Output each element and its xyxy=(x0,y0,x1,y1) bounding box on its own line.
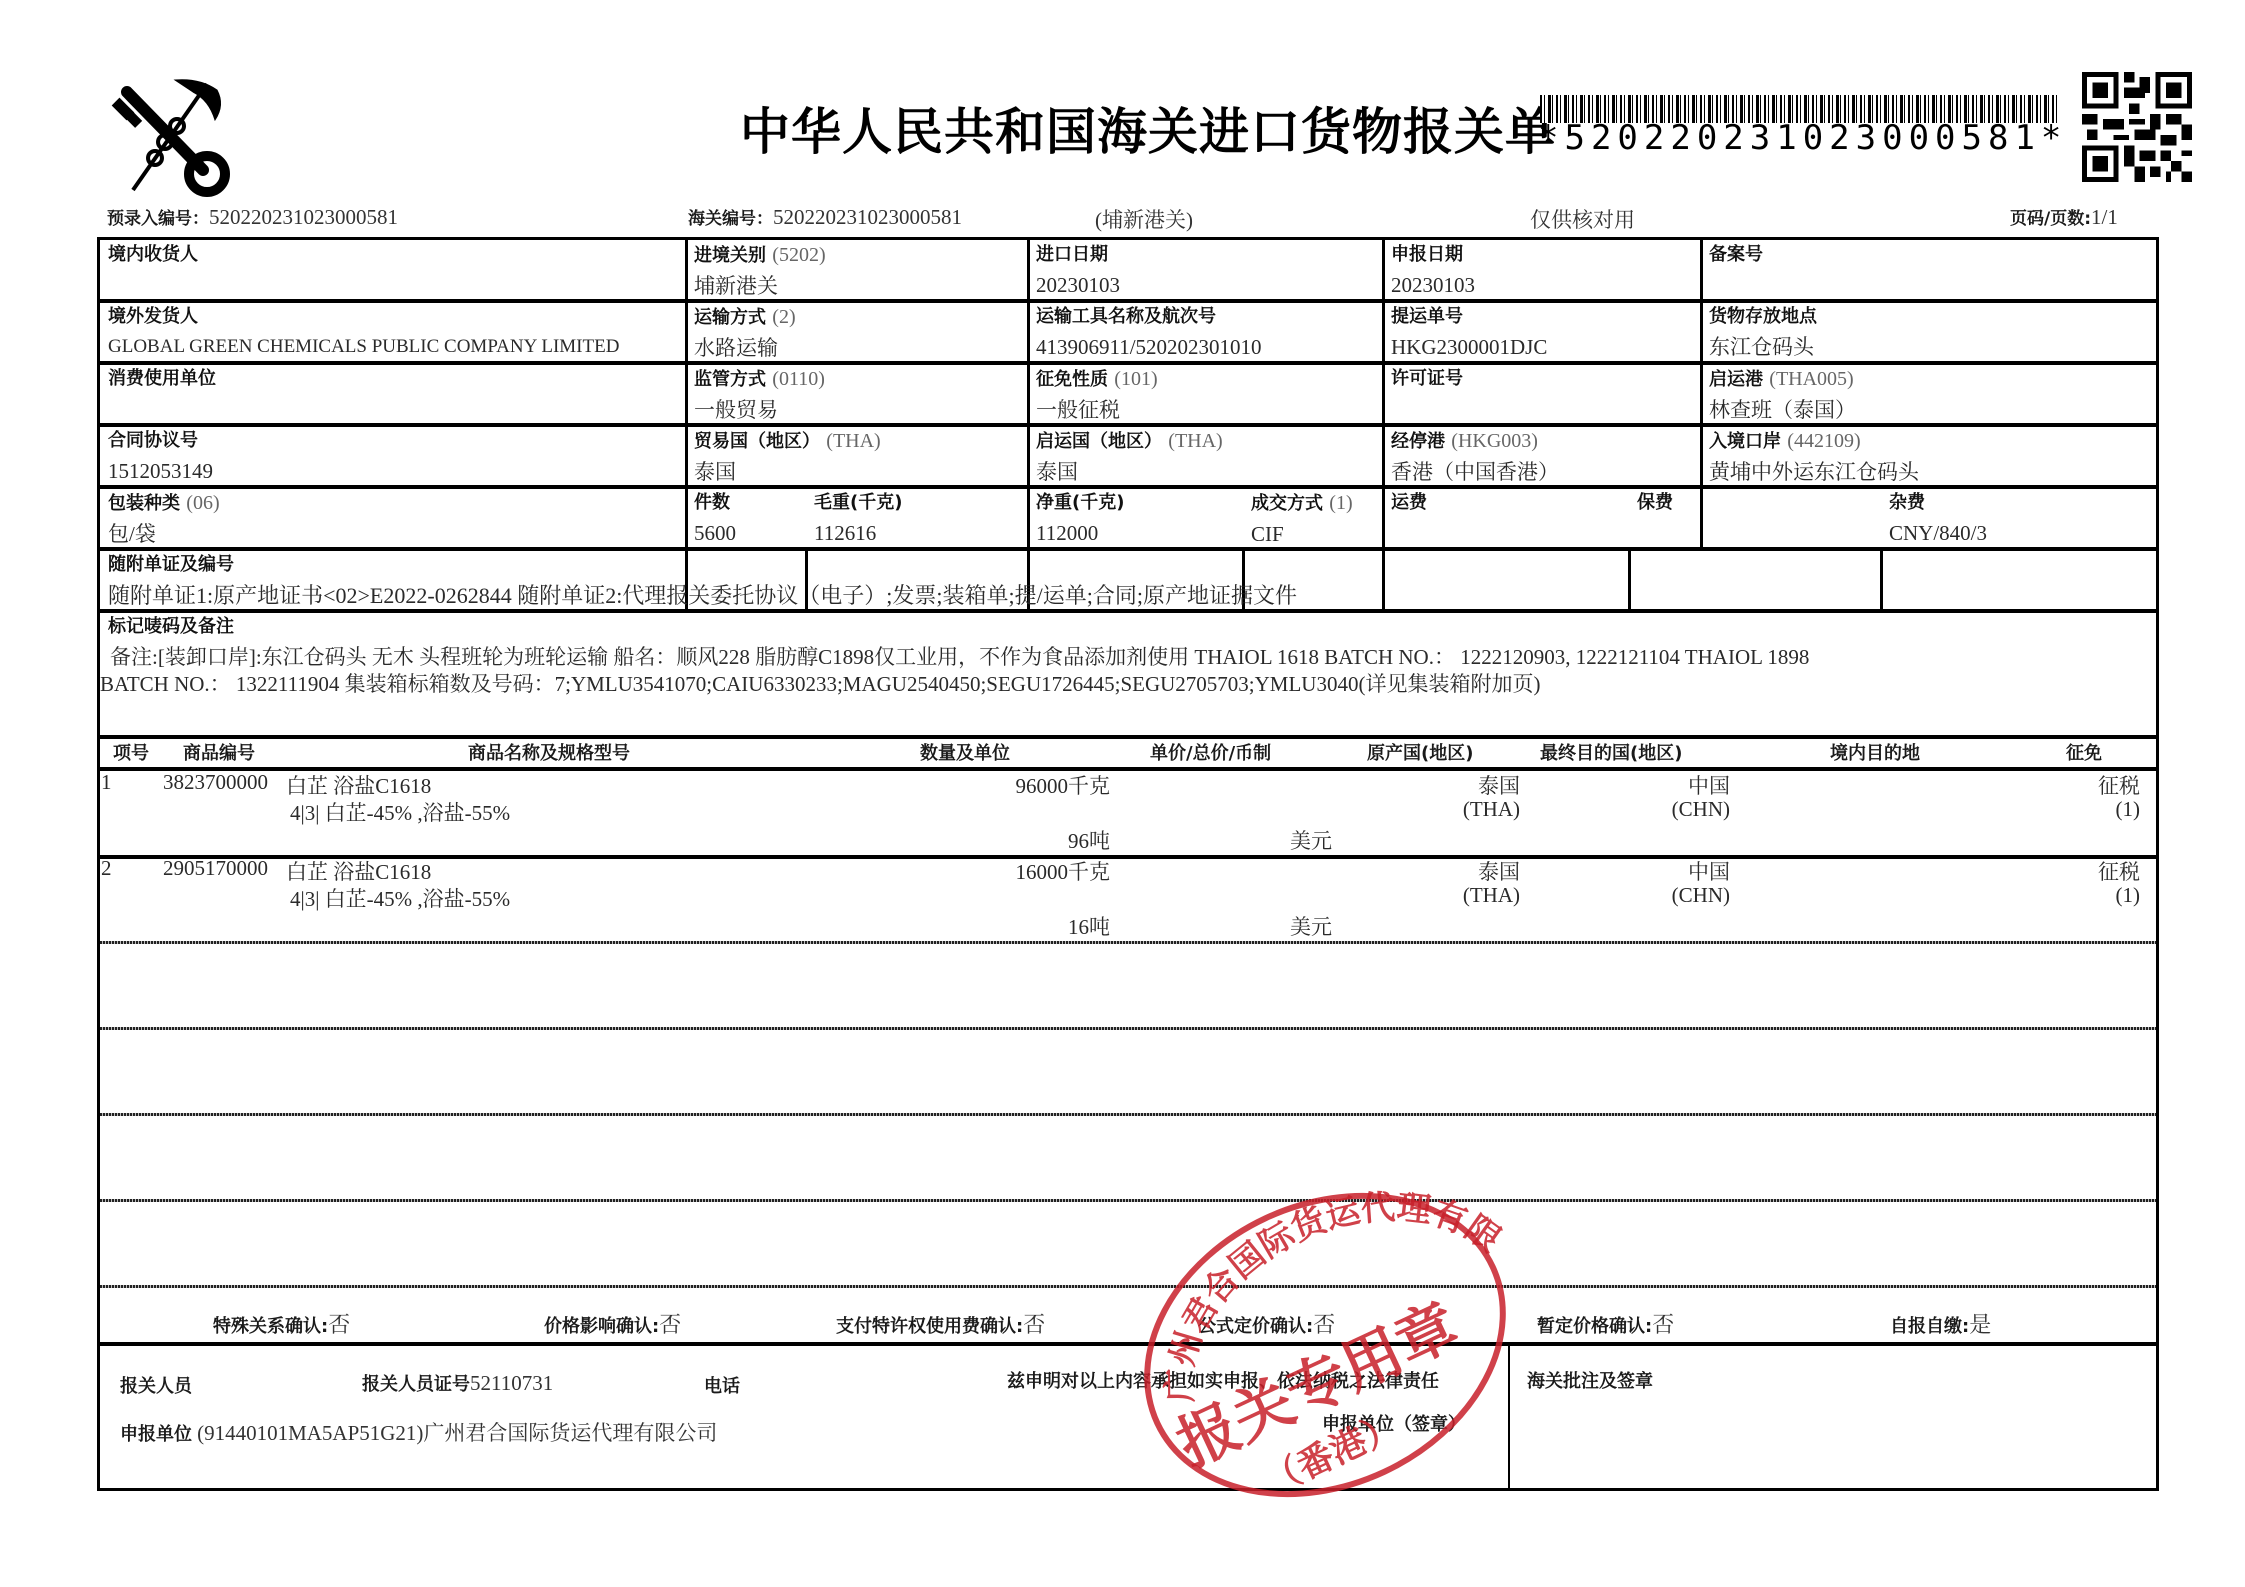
product-name: 白芷 浴盐C1618 xyxy=(286,770,431,800)
customs-office: (埔新港关) xyxy=(1095,204,1193,234)
confirm-self-declaration: 自报自缴:是 xyxy=(1890,1308,1991,1339)
verification-notice: 仅供核对用 xyxy=(1530,204,1635,234)
field-transit-port: 经停港 (HKG003) 香港（中国香港） xyxy=(1391,428,1559,487)
quantity-secondary: 96吨 xyxy=(940,825,1110,855)
field-license-no: 许可证号 xyxy=(1391,366,1463,394)
hs-code: 3823700000 xyxy=(163,770,268,795)
currency: 美元 xyxy=(1290,825,1332,855)
product-spec: 4|3| 白芷-45% ,浴盐-55% xyxy=(290,883,510,913)
field-gross-weight: 毛重(千克) 112616 xyxy=(814,490,902,548)
field-freight: 运费 xyxy=(1391,490,1427,518)
customs-number-label: 海关编号： xyxy=(688,209,773,229)
levy-method: 征税 xyxy=(2060,856,2140,886)
qr-code-icon xyxy=(2082,72,2192,182)
confirm-special-relationship: 特殊关系确认:否 xyxy=(213,1308,350,1339)
field-vessel-voyage: 运输工具名称及航次号 413906911/520202301010 xyxy=(1036,304,1262,362)
remarks-line-2: BATCH NO.： 1322111904 集装箱标箱数及号码：7;YMLU35… xyxy=(100,670,1540,698)
field-entry-port: 入境口岸 (442109) 黄埔中外运东江仓码头 xyxy=(1709,428,1919,487)
phone: 电话 xyxy=(704,1372,740,1398)
product-name: 白芷 浴盐C1618 xyxy=(286,856,431,886)
destination-code: (CHN) xyxy=(1640,883,1730,908)
customs-approval: 海关批注及签章 xyxy=(1527,1367,1653,1393)
barcode-text: *520220231023000581* xyxy=(1538,118,2067,158)
col-origin: 原产国(地区) xyxy=(1367,739,1473,765)
confirm-formula-pricing: 公式定价确认:否 xyxy=(1198,1308,1335,1339)
destination-country: 中国 xyxy=(1640,856,1730,886)
field-consignor: 境外发货人 GLOBAL GREEN CHEMICALS PUBLIC COMP… xyxy=(108,304,619,362)
field-pieces: 件数 5600 xyxy=(694,490,736,548)
quantity-primary: 16000千克 xyxy=(940,856,1110,886)
item-number: 2 xyxy=(101,856,112,881)
confirm-royalty-payment: 支付特许权使用费确认:否 xyxy=(836,1308,1045,1339)
confirm-provisional-price: 暂定价格确认:否 xyxy=(1537,1308,1674,1339)
field-entry-customs: 进境关别 (5202) 埔新港关 xyxy=(694,242,826,301)
product-spec: 4|3| 白芷-45% ,浴盐-55% xyxy=(290,797,510,827)
field-departure-port: 启运港 (THA005) 林查班（泰国） xyxy=(1709,366,1856,425)
destination-country: 中国 xyxy=(1640,770,1730,800)
page-indicator: 页码/页数:1/1 xyxy=(2010,204,2118,230)
confirm-price-influence: 价格影响确认:否 xyxy=(544,1308,681,1339)
field-storage-place: 货物存放地点 东江仓码头 xyxy=(1709,304,1817,362)
col-hs-code: 商品编号 xyxy=(183,739,255,765)
field-trade-country: 贸易国（地区） (THA) 泰国 xyxy=(694,428,881,487)
field-package-type: 包装种类 (06) 包/袋 xyxy=(108,490,220,549)
destination-code: (CHN) xyxy=(1640,797,1730,822)
pre-entry-value: 520220231023000581 xyxy=(209,205,398,229)
marks-and-remarks: 标记唛码及备注 xyxy=(108,614,234,640)
field-declare-date: 申报日期 20230103 xyxy=(1391,242,1475,300)
customs-emblem-icon xyxy=(105,70,235,200)
item-number: 1 xyxy=(101,770,112,795)
attached-documents: 随附单证及编号 随附单证1:原产地证书<02>E2022-0262844 随附单… xyxy=(108,552,1297,610)
declaring-unit: 申报单位 (91440101MA5AP51G21)广州君合国际货运代理有限公司 xyxy=(120,1417,717,1447)
quantity-secondary: 16吨 xyxy=(940,911,1110,941)
pre-entry-label: 预录入编号： xyxy=(107,209,209,229)
col-price: 单价/总价/币制 xyxy=(1150,739,1271,765)
pre-entry-number: 预录入编号：520220231023000581 xyxy=(107,204,398,230)
levy-code: (1) xyxy=(2060,797,2140,822)
field-contract-no: 合同协议号 1512053149 xyxy=(108,428,213,486)
field-consumer-unit: 消费使用单位 xyxy=(108,366,216,394)
signature-label: 申报单位（签章） xyxy=(1322,1410,1466,1436)
origin-country: 泰国 xyxy=(1440,856,1520,886)
field-supervision-mode: 监管方式 (0110) 一般贸易 xyxy=(694,366,825,425)
col-item-no: 项号 xyxy=(113,739,149,765)
field-departure-country: 启运国（地区） (THA) 泰国 xyxy=(1036,428,1223,487)
col-destination: 最终目的国(地区) xyxy=(1540,739,1682,765)
levy-method: 征税 xyxy=(2060,770,2140,800)
currency: 美元 xyxy=(1290,911,1332,941)
customs-number-value: 520220231023000581 xyxy=(773,205,962,229)
col-domestic-dest: 境内目的地 xyxy=(1830,739,1920,765)
field-insurance: 保费 xyxy=(1637,490,1673,518)
remarks-line-1: 备注:[装卸口岸]:东江仓码头 无木 头程班轮为班轮运输 船名：顺风228 脂肪… xyxy=(110,643,1809,671)
col-quantity: 数量及单位 xyxy=(920,739,1010,765)
col-levy: 征免 xyxy=(2066,739,2102,765)
field-net-weight: 净重(千克) 112000 xyxy=(1036,490,1124,548)
field-transaction-mode: 成交方式 (1) CIF xyxy=(1251,490,1353,549)
field-consignee: 境内收货人 xyxy=(108,242,198,270)
field-bill-of-lading: 提运单号 HKG2300001DJC xyxy=(1391,304,1547,362)
declarant-id: 报关人员证号52110731 xyxy=(362,1370,553,1396)
levy-code: (1) xyxy=(2060,883,2140,908)
legal-declaration: 兹申明对以上内容承担如实申报、依法纳税之法律责任 xyxy=(1007,1367,1439,1393)
field-transport-mode: 运输方式 (2) 水路运输 xyxy=(694,304,796,363)
customs-number: 海关编号：520220231023000581 xyxy=(688,204,962,230)
field-tax-nature: 征免性质 (101) 一般征税 xyxy=(1036,366,1158,425)
document-title: 中华人民共和国海关进口货物报关单 xyxy=(740,92,1556,164)
col-name-spec: 商品名称及规格型号 xyxy=(468,739,630,765)
origin-code: (THA) xyxy=(1440,797,1520,822)
field-record-no: 备案号 xyxy=(1709,242,1763,270)
field-import-date: 进口日期 20230103 xyxy=(1036,242,1120,300)
hs-code: 2905170000 xyxy=(163,856,268,881)
quantity-primary: 96000千克 xyxy=(940,770,1110,800)
origin-country: 泰国 xyxy=(1440,770,1520,800)
origin-code: (THA) xyxy=(1440,883,1520,908)
field-misc-fee: 杂费 CNY/840/3 xyxy=(1889,490,1987,548)
declarant-person: 报关人员 xyxy=(120,1372,192,1398)
